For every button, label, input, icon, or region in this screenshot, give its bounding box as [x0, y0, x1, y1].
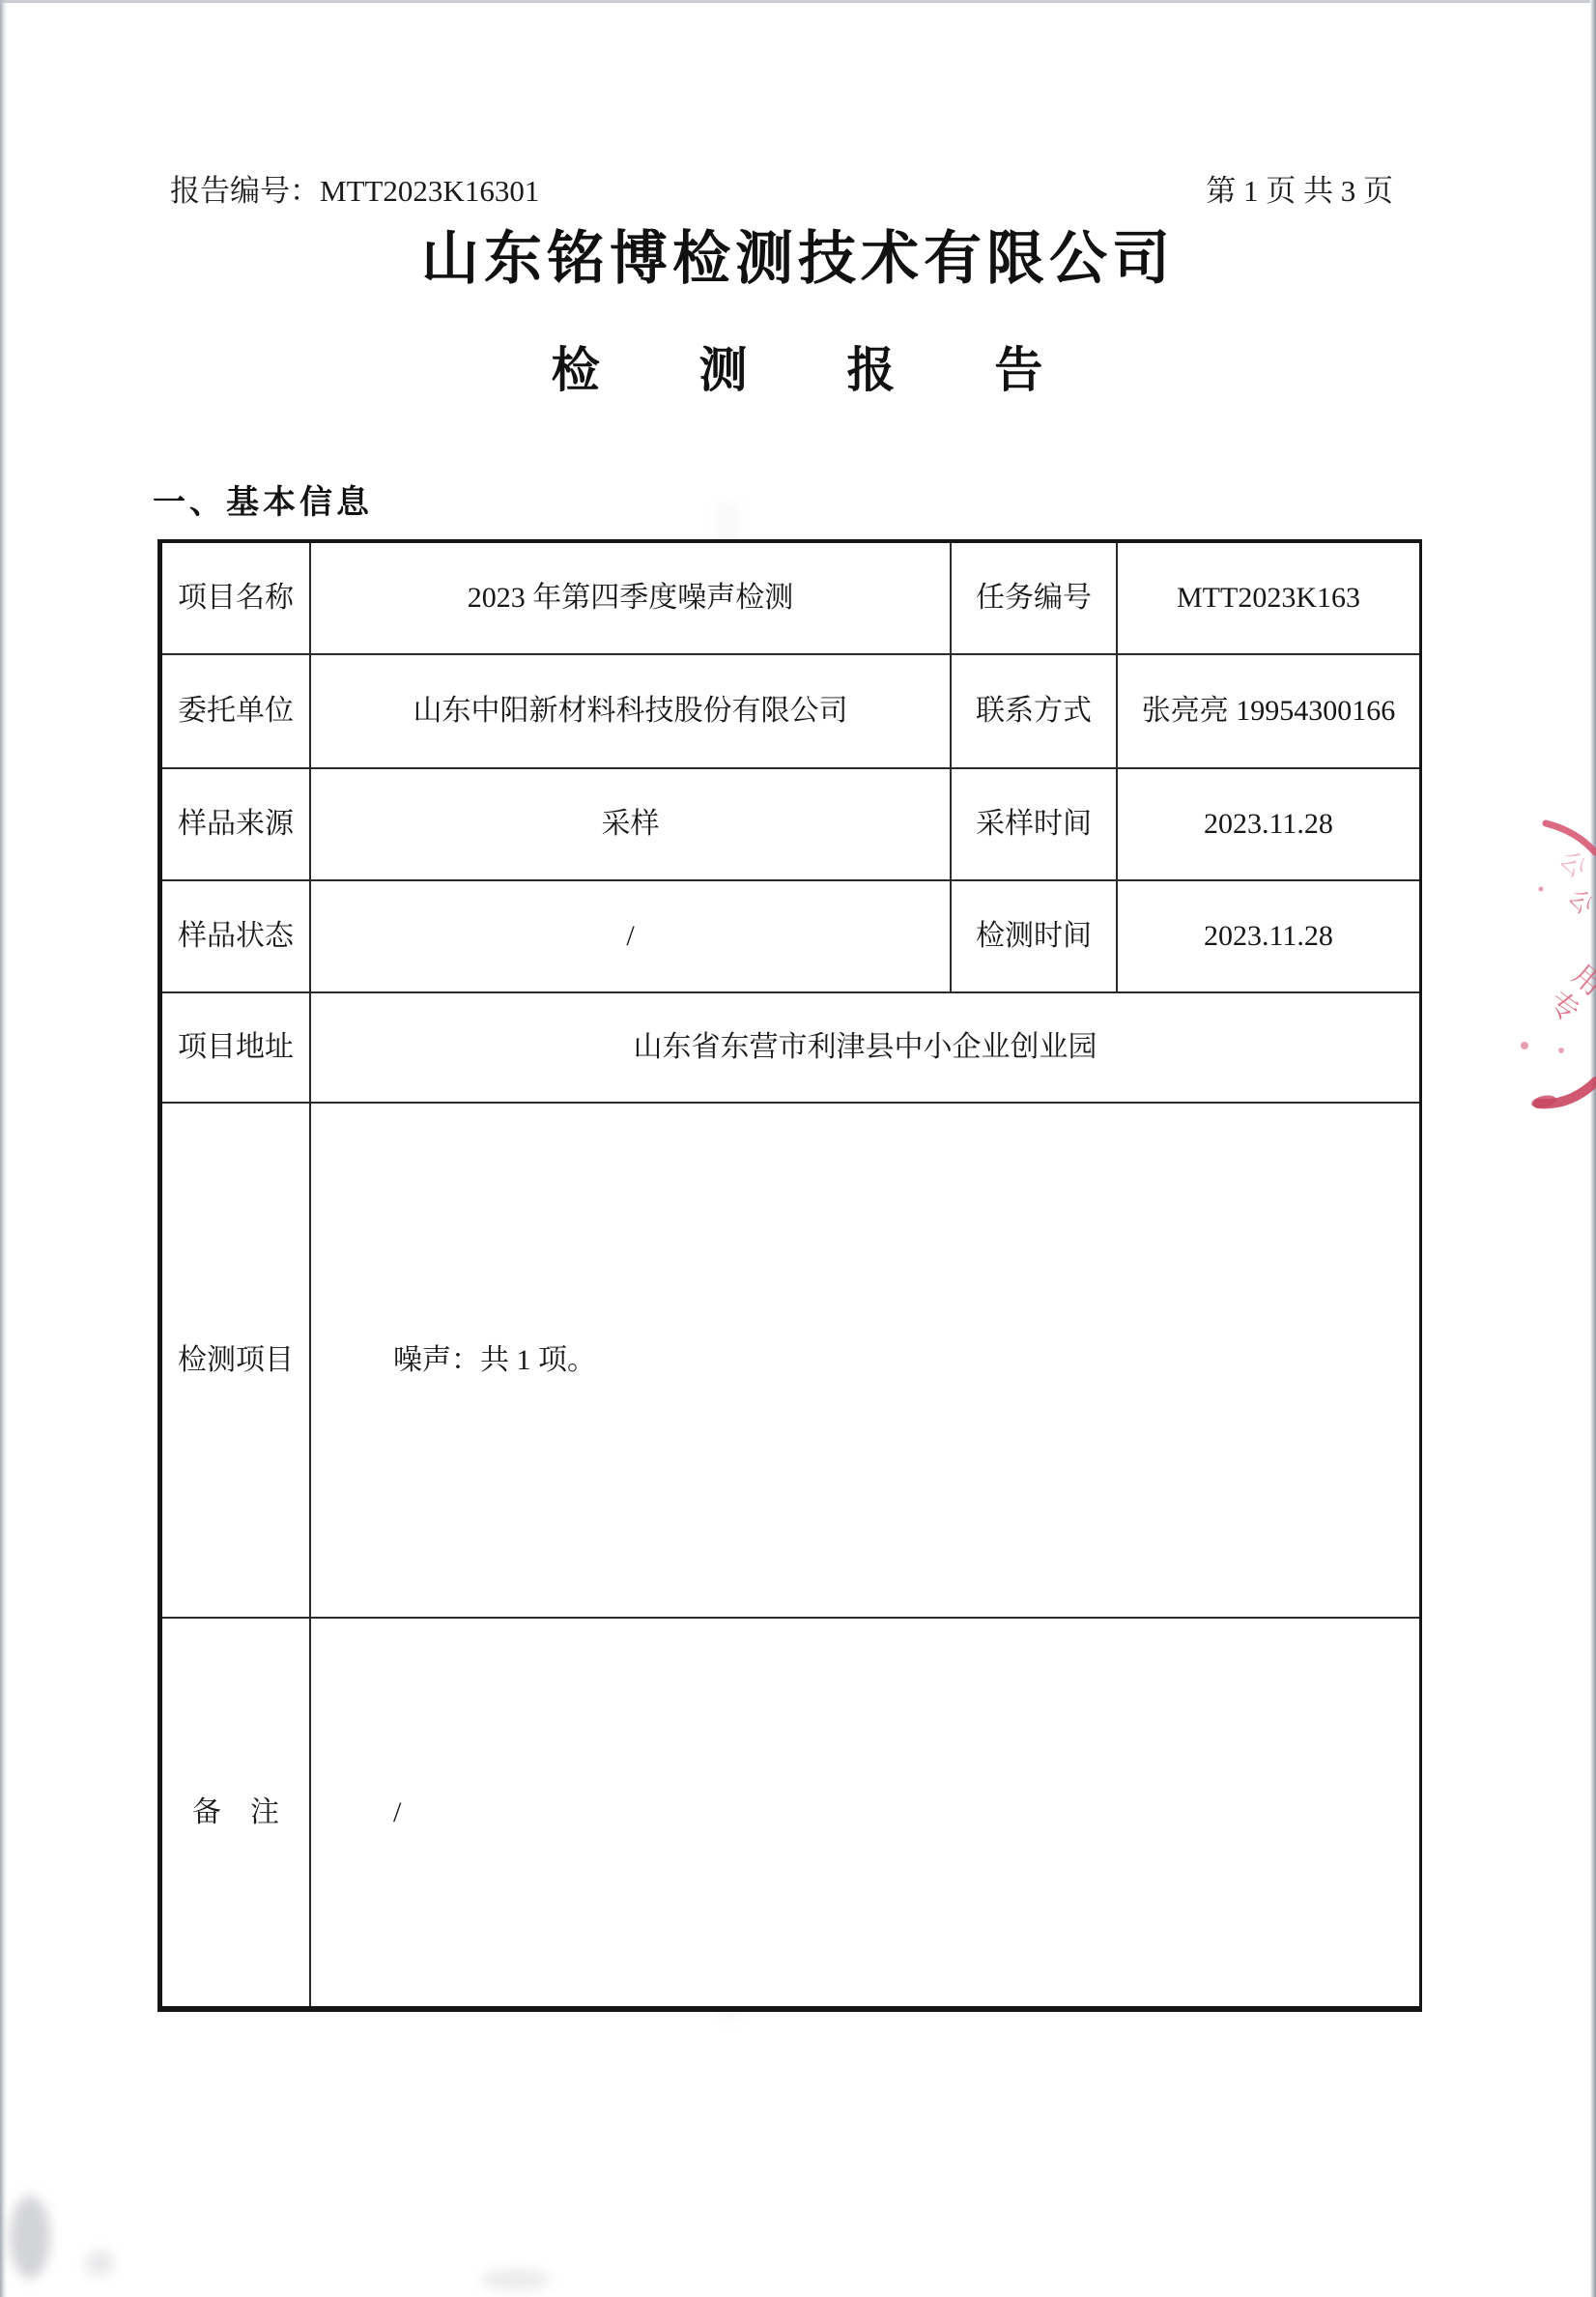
company-name: 山东铭博检测技术有限公司 — [0, 228, 1596, 290]
red-seal-stamp: 公 用 专 公 — [1488, 802, 1596, 1160]
cell-contact-label: 联系方式 — [952, 655, 1118, 769]
scan-edge-top — [0, 0, 1596, 3]
cell-testing-items-value: 噪声：共 1 项。 — [311, 1104, 1419, 1619]
cell-client-unit-value: 山东中阳新材料科技股份有限公司 — [311, 655, 952, 769]
seal-arc-top — [1546, 823, 1595, 852]
cell-project-address-value: 山东省东营市利津县中小企业创业园 — [311, 993, 1419, 1104]
cell-sample-source-label: 样品来源 — [162, 769, 311, 881]
cell-task-number-label: 任务编号 — [952, 543, 1118, 655]
doc-title: 检 测 报 告 — [0, 343, 1596, 397]
cell-sample-status-label: 样品状态 — [162, 881, 311, 993]
seal-ink-dot — [1558, 1048, 1564, 1053]
cell-project-name-label: 项目名称 — [162, 543, 311, 655]
seal-char: 公 — [1563, 885, 1596, 919]
cell-sample-source-value: 采样 — [311, 769, 952, 881]
scan-smudge — [10, 2196, 50, 2279]
page-indicator: 第 1 页 共 3 页 — [1206, 174, 1393, 209]
cell-client-unit-label: 委托单位 — [162, 655, 311, 769]
scan-smudge — [85, 2250, 114, 2277]
header-line: 报告编号：MTT2023K16301 第 1 页 共 3 页 — [170, 174, 1393, 209]
seal-ink-dot — [1539, 887, 1544, 892]
report-number: 报告编号：MTT2023K16301 — [170, 174, 539, 209]
cell-testing-time-value: 2023.11.28 — [1118, 881, 1419, 993]
report-page: 报告编号：MTT2023K16301 第 1 页 共 3 页 山东铭博检测技术有… — [0, 0, 1596, 2297]
basic-info-table: 项目名称 2023 年第四季度噪声检测 任务编号 MTT2023K163 委托单… — [157, 539, 1422, 2012]
scan-smudge — [481, 2269, 551, 2290]
cell-testing-time-label: 检测时间 — [952, 881, 1118, 993]
cell-task-number-value: MTT2023K163 — [1118, 543, 1419, 655]
cell-project-name-value: 2023 年第四季度噪声检测 — [311, 543, 952, 655]
cell-project-address-label: 项目地址 — [162, 993, 311, 1104]
cell-sample-status-value: / — [311, 881, 952, 993]
seal-ink-dot — [1521, 1042, 1528, 1049]
cell-remarks-value: / — [311, 1619, 1419, 2006]
cell-remarks-label: 备 注 — [162, 1619, 311, 2006]
seal-char-faint: 公 — [1554, 846, 1592, 883]
section-title-basic-info: 一、基本信息 — [153, 483, 373, 522]
cell-sampling-time-label: 采样时间 — [952, 769, 1118, 881]
cell-sampling-time-value: 2023.11.28 — [1118, 769, 1419, 881]
cell-contact-value: 张亮亮 19954300166 — [1118, 655, 1419, 769]
cell-testing-items-label: 检测项目 — [162, 1104, 311, 1619]
